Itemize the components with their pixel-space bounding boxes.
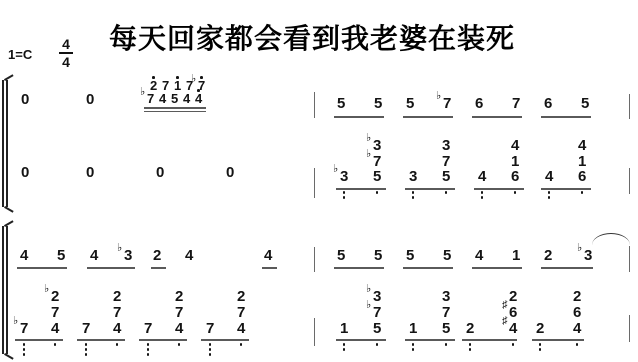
beam-underline — [139, 339, 187, 341]
note: 4 — [159, 93, 166, 105]
flat-accidental-icon: ♭ — [577, 243, 582, 253]
octave-dot-below — [376, 343, 379, 346]
note: 0 — [86, 93, 94, 107]
note: 6 — [475, 97, 483, 111]
octave-dot-below — [54, 343, 57, 346]
flat-accidental-icon: ♭ — [140, 87, 145, 97]
note: 7 — [206, 322, 214, 336]
flat-accidental-icon: ♭ — [117, 243, 122, 253]
beam-underline — [144, 107, 206, 109]
octave-dot-above — [152, 76, 155, 79]
note: 7♭ — [373, 306, 381, 320]
beam-underline — [474, 188, 524, 190]
beam-underline — [405, 339, 455, 341]
note: 5 — [374, 249, 382, 263]
octave-dot-below — [548, 196, 551, 199]
note: 1 — [409, 322, 417, 336]
system-bracket — [2, 226, 9, 354]
note: 2♭ — [51, 290, 59, 304]
octave-dot-below — [445, 343, 448, 346]
note: 3♭ — [584, 249, 592, 263]
octave-dot-below — [481, 191, 484, 194]
note: 7 — [175, 306, 183, 320]
barline — [629, 168, 630, 194]
beam-underline — [403, 116, 453, 118]
note: 5 — [406, 97, 414, 111]
octave-dot-below — [23, 353, 26, 356]
octave-dot-above — [176, 76, 179, 79]
note: 2 — [175, 290, 183, 304]
beam-underline — [262, 267, 277, 269]
barline — [314, 318, 315, 346]
beam-underline — [151, 267, 166, 269]
sharp-accidental-icon: ♯ — [502, 316, 508, 326]
note: 4 — [578, 139, 586, 153]
octave-dot-below — [147, 348, 150, 351]
note: 0 — [156, 166, 164, 180]
note: 5 — [406, 249, 414, 263]
note: 1 — [512, 249, 520, 263]
note: 7 — [82, 322, 90, 336]
octave-dot-below — [343, 191, 346, 194]
note: 5 — [442, 322, 450, 336]
flat-accidental-icon: ♭ — [191, 74, 196, 84]
note: 4 — [545, 170, 553, 184]
beam-underline — [541, 267, 593, 269]
note: 3 — [409, 170, 417, 184]
system-bracket — [2, 80, 9, 207]
note: 4 — [90, 249, 98, 263]
note: 4 — [511, 139, 519, 153]
note: 2 — [544, 249, 552, 263]
octave-dot-below — [209, 343, 212, 346]
note: 4 — [478, 170, 486, 184]
note: 4 — [264, 249, 272, 263]
barline — [314, 168, 315, 198]
beam-underline — [144, 111, 206, 113]
note: 0 — [21, 93, 29, 107]
note: 3♭ — [373, 290, 381, 304]
note: 2 — [237, 290, 245, 304]
note: 4 — [113, 322, 121, 336]
note: 7 — [144, 322, 152, 336]
note: 7♭ — [443, 97, 451, 111]
note: 5 — [373, 170, 381, 184]
note: 5 — [581, 97, 589, 111]
beam-underline — [462, 339, 517, 341]
octave-dot-above — [197, 89, 200, 92]
octave-dot-below — [539, 348, 542, 351]
note: 7 — [512, 97, 520, 111]
octave-dot-below — [412, 191, 415, 194]
octave-dot-below — [576, 343, 579, 346]
barline — [314, 247, 315, 272]
note: 3♭ — [373, 139, 381, 153]
octave-dot-below — [85, 353, 88, 356]
note: 0 — [86, 166, 94, 180]
note: 0 — [21, 166, 29, 180]
note: 7♭ — [373, 155, 381, 169]
note: 5 — [373, 322, 381, 336]
octave-dot-below — [23, 343, 26, 346]
flat-accidental-icon: ♭ — [333, 164, 338, 174]
beam-underline — [336, 188, 386, 190]
note: 7♭ — [147, 93, 154, 105]
note: 4 — [475, 249, 483, 263]
note: 2 — [536, 322, 544, 336]
beam-underline — [403, 267, 453, 269]
beam-underline — [541, 116, 591, 118]
note: 4 — [51, 322, 59, 336]
octave-dot-below — [209, 348, 212, 351]
octave-dot-below — [512, 343, 515, 346]
note: 2 — [573, 290, 581, 304]
note: 7 — [113, 306, 121, 320]
beam-underline — [541, 188, 591, 190]
beam-underline — [201, 339, 249, 341]
note: 4 — [195, 93, 202, 105]
octave-dot-below — [539, 343, 542, 346]
note: 7 — [442, 155, 450, 169]
octave-dot-below — [178, 343, 181, 346]
beam-underline — [17, 267, 67, 269]
note: 1 — [511, 155, 519, 169]
note: 2 — [113, 290, 121, 304]
note: 3♭ — [340, 170, 348, 184]
beam-underline — [472, 116, 522, 118]
octave-dot-below — [412, 343, 415, 346]
barline — [629, 246, 630, 272]
note: 2 — [153, 249, 161, 263]
flat-accidental-icon: ♭ — [366, 133, 371, 143]
note: 4 — [237, 322, 245, 336]
note: 0 — [226, 166, 234, 180]
note: 1 — [340, 322, 348, 336]
song-title: 每天回家都会看到我老婆在装死 — [0, 17, 624, 57]
beam-underline — [472, 267, 522, 269]
note: 5 — [337, 97, 345, 111]
note: 4 — [185, 249, 193, 263]
beam-underline — [15, 339, 63, 341]
note: 5 — [57, 249, 65, 263]
octave-dot-below — [412, 196, 415, 199]
beam-underline — [87, 267, 135, 269]
barline — [629, 94, 630, 119]
note: 7♭ — [20, 322, 28, 336]
octave-dot-below — [469, 348, 472, 351]
note: 6 — [578, 170, 586, 184]
note: 2 — [466, 322, 474, 336]
octave-dot-below — [209, 353, 212, 356]
octave-dot-below — [343, 348, 346, 351]
octave-dot-below — [85, 343, 88, 346]
beam-underline — [77, 339, 125, 341]
octave-dot-below — [343, 196, 346, 199]
note: 3♭ — [124, 249, 132, 263]
note: 5 — [374, 97, 382, 111]
tie-slur — [592, 233, 630, 245]
octave-dot-below — [85, 348, 88, 351]
octave-dot-below — [116, 343, 119, 346]
note: 7 — [442, 306, 450, 320]
note: 4 — [175, 322, 183, 336]
note: 3 — [442, 290, 450, 304]
octave-dot-below — [514, 191, 517, 194]
note: 1 — [578, 155, 586, 169]
octave-dot-below — [147, 343, 150, 346]
note: 6 — [511, 170, 519, 184]
flat-accidental-icon: ♭ — [13, 316, 18, 326]
octave-dot-below — [412, 348, 415, 351]
barline — [314, 92, 315, 118]
note: 5 — [443, 249, 451, 263]
note: 7 — [51, 306, 59, 320]
note: 5 — [442, 170, 450, 184]
beam-underline — [336, 339, 386, 341]
note: 6 — [544, 97, 552, 111]
barline — [629, 315, 630, 342]
octave-dot-below — [240, 343, 243, 346]
octave-dot-below — [548, 191, 551, 194]
beam-underline — [334, 116, 384, 118]
note: 4 — [573, 322, 581, 336]
octave-dot-below — [23, 348, 26, 351]
sharp-accidental-icon: ♯ — [502, 300, 508, 310]
flat-accidental-icon: ♭ — [366, 300, 371, 310]
octave-dot-below — [376, 191, 379, 194]
note: 4♯ — [509, 322, 517, 336]
note: 4 — [20, 249, 28, 263]
note: 3 — [442, 139, 450, 153]
beam-underline — [334, 267, 384, 269]
octave-dot-below — [147, 353, 150, 356]
score-canvas: 1=C 4 4 每天回家都会看到我老婆在装死 0027177♭7♭4544555… — [0, 0, 638, 362]
flat-accidental-icon: ♭ — [44, 284, 49, 294]
note: 2 — [509, 290, 517, 304]
octave-dot-above — [200, 76, 203, 79]
note: 6♯ — [509, 306, 517, 320]
octave-dot-below — [481, 196, 484, 199]
beam-underline — [405, 188, 455, 190]
flat-accidental-icon: ♭ — [436, 91, 441, 101]
note: 4 — [183, 93, 190, 105]
octave-dot-below — [343, 343, 346, 346]
flat-accidental-icon: ♭ — [366, 149, 371, 159]
beam-underline — [532, 339, 584, 341]
octave-dot-below — [445, 191, 448, 194]
octave-dot-below — [581, 191, 584, 194]
note: 5 — [171, 93, 178, 105]
octave-dot-below — [469, 343, 472, 346]
note: 6 — [573, 306, 581, 320]
note: 5 — [337, 249, 345, 263]
note: 7 — [237, 306, 245, 320]
flat-accidental-icon: ♭ — [366, 284, 371, 294]
